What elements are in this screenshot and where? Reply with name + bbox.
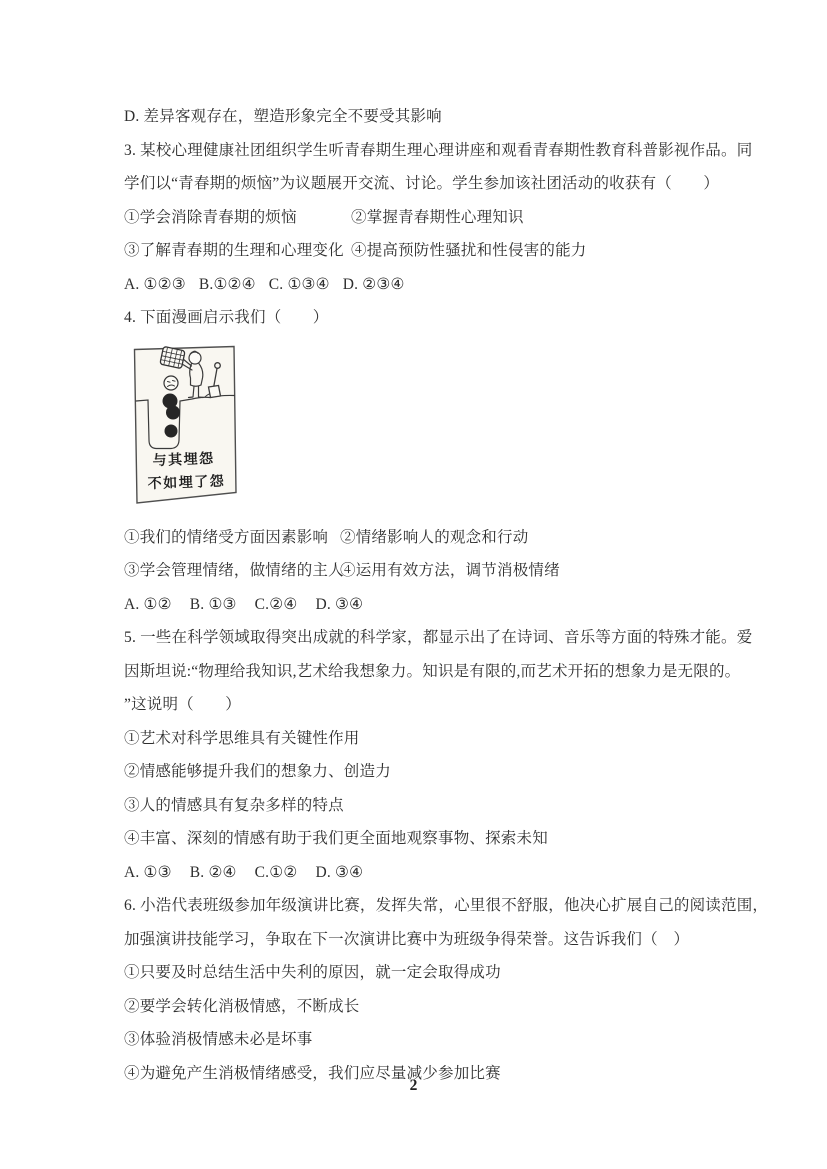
q5-answer-b: B. ②④ [190,856,237,890]
q5-answer-d: D. ③④ [315,856,363,890]
q3-item-1: ①学会消除青春期的烦恼 [124,201,351,235]
q4-cartoon: 与其埋怨 不如埋了怨 [132,345,238,505]
q4-item-3: ③学会管理情绪，做情绪的主人 [124,554,340,588]
q4-item-1: ①我们的情绪受方面因素影响 [124,521,340,555]
q4-answer-b: B. ①③ [190,588,237,622]
q3-stem-line1: 3. 某校心理健康社团组织学生听青春期生理心理讲座和观看青春期性教育科普影视作品… [124,134,730,168]
q5-item-3: ③人的情感具有复杂多样的特点 [124,789,730,823]
q3-answer-b: B.①②④ [199,268,256,302]
q6-item-2: ②要学会转化消极情感，不断成长 [124,990,730,1024]
q4-item-row-1: ①我们的情绪受方面因素影响 ②情绪影响人的观念和行动 [124,521,730,555]
prev-question-option-d: D. 差异客观存在，塑造形象完全不要受其影响 [124,100,730,134]
q6-item-3: ③体验消极情感未必是坏事 [124,1023,730,1057]
q4-item-2: ②情绪影响人的观念和行动 [340,521,528,555]
q5-stem-line1: 5. 一些在科学领域取得突出成就的科学家，都显示出了在诗词、音乐等方面的特殊才能… [124,621,730,655]
q3-answer-a: A. ①②③ [124,268,186,302]
q3-answer-d: D. ②③④ [343,268,405,302]
q3-item-row-2: ③了解青春期的生理和心理变化 ④提高预防性骚扰和性侵害的能力 [124,234,730,268]
q4-answer-c: C.②④ [255,588,298,622]
q5-item-1: ①艺术对科学思维具有关键性作用 [124,722,730,756]
q4-item-4: ④运用有效方法，调节消极情绪 [340,554,560,588]
q4-item-row-2: ③学会管理情绪，做情绪的主人 ④运用有效方法，调节消极情绪 [124,554,730,588]
q5-stem-line3: ”这说明（ ） [124,688,730,722]
page-number: 2 [0,1077,827,1095]
q5-stem-line2: 因斯坦说:“物理给我知识,艺术给我想象力。知识是有限的,而艺术开拓的想象力是无限… [124,655,730,689]
cartoon-drawing: 与其埋怨 不如埋了怨 [132,345,238,505]
q4-answer-a: A. ①② [124,588,172,622]
q4-answer-d: D. ③④ [315,588,363,622]
q3-answer-c: C. ①③④ [269,268,330,302]
exam-content: D. 差异客观存在，塑造形象完全不要受其影响 3. 某校心理健康社团组织学生听青… [0,0,827,1090]
q3-item-4: ④提高预防性骚扰和性侵害的能力 [351,234,587,268]
q5-answer-a: A. ①③ [124,856,172,890]
q5-answer-c: C.①② [255,856,298,890]
q6-stem-line1: 6. 小浩代表班级参加年级演讲比赛，发挥失常，心里很不舒服，他决心扩展自己的阅读… [124,889,730,923]
q5-answer-row: A. ①③ B. ②④ C.①② D. ③④ [124,856,730,890]
q5-item-2: ②情感能够提升我们的想象力、创造力 [124,755,730,789]
q5-item-4: ④丰富、深刻的情感有助于我们更全面地观察事物、探索未知 [124,822,730,856]
q4-stem: 4. 下面漫画启示我们（ ） [124,301,730,335]
q3-answer-row: A. ①②③ B.①②④ C. ①③④ D. ②③④ [124,268,730,302]
cartoon-caption-line1: 与其埋怨 [152,449,215,468]
q3-item-3: ③了解青春期的生理和心理变化 [124,234,351,268]
q6-item-1: ①只要及时总结生活中失利的原因，就一定会取得成功 [124,956,730,990]
q6-stem-line2: 加强演讲技能学习，争取在下一次演讲比赛中为班级争得荣誉。这告诉我们（ ） [124,923,730,957]
q3-item-row-1: ①学会消除青春期的烦恼 ②掌握青春期性心理知识 [124,201,730,235]
q3-item-2: ②掌握青春期性心理知识 [351,201,524,235]
basket-icon [160,346,185,368]
q3-stem-line2: 学们以“青春期的烦恼”为议题展开交流、讨论。学生参加该社团活动的收获有（ ） [124,167,730,201]
q4-answer-row: A. ①② B. ①③ C.②④ D. ③④ [124,588,730,622]
exam-page: D. 差异客观存在，塑造形象完全不要受其影响 3. 某校心理健康社团组织学生听青… [0,0,827,1169]
